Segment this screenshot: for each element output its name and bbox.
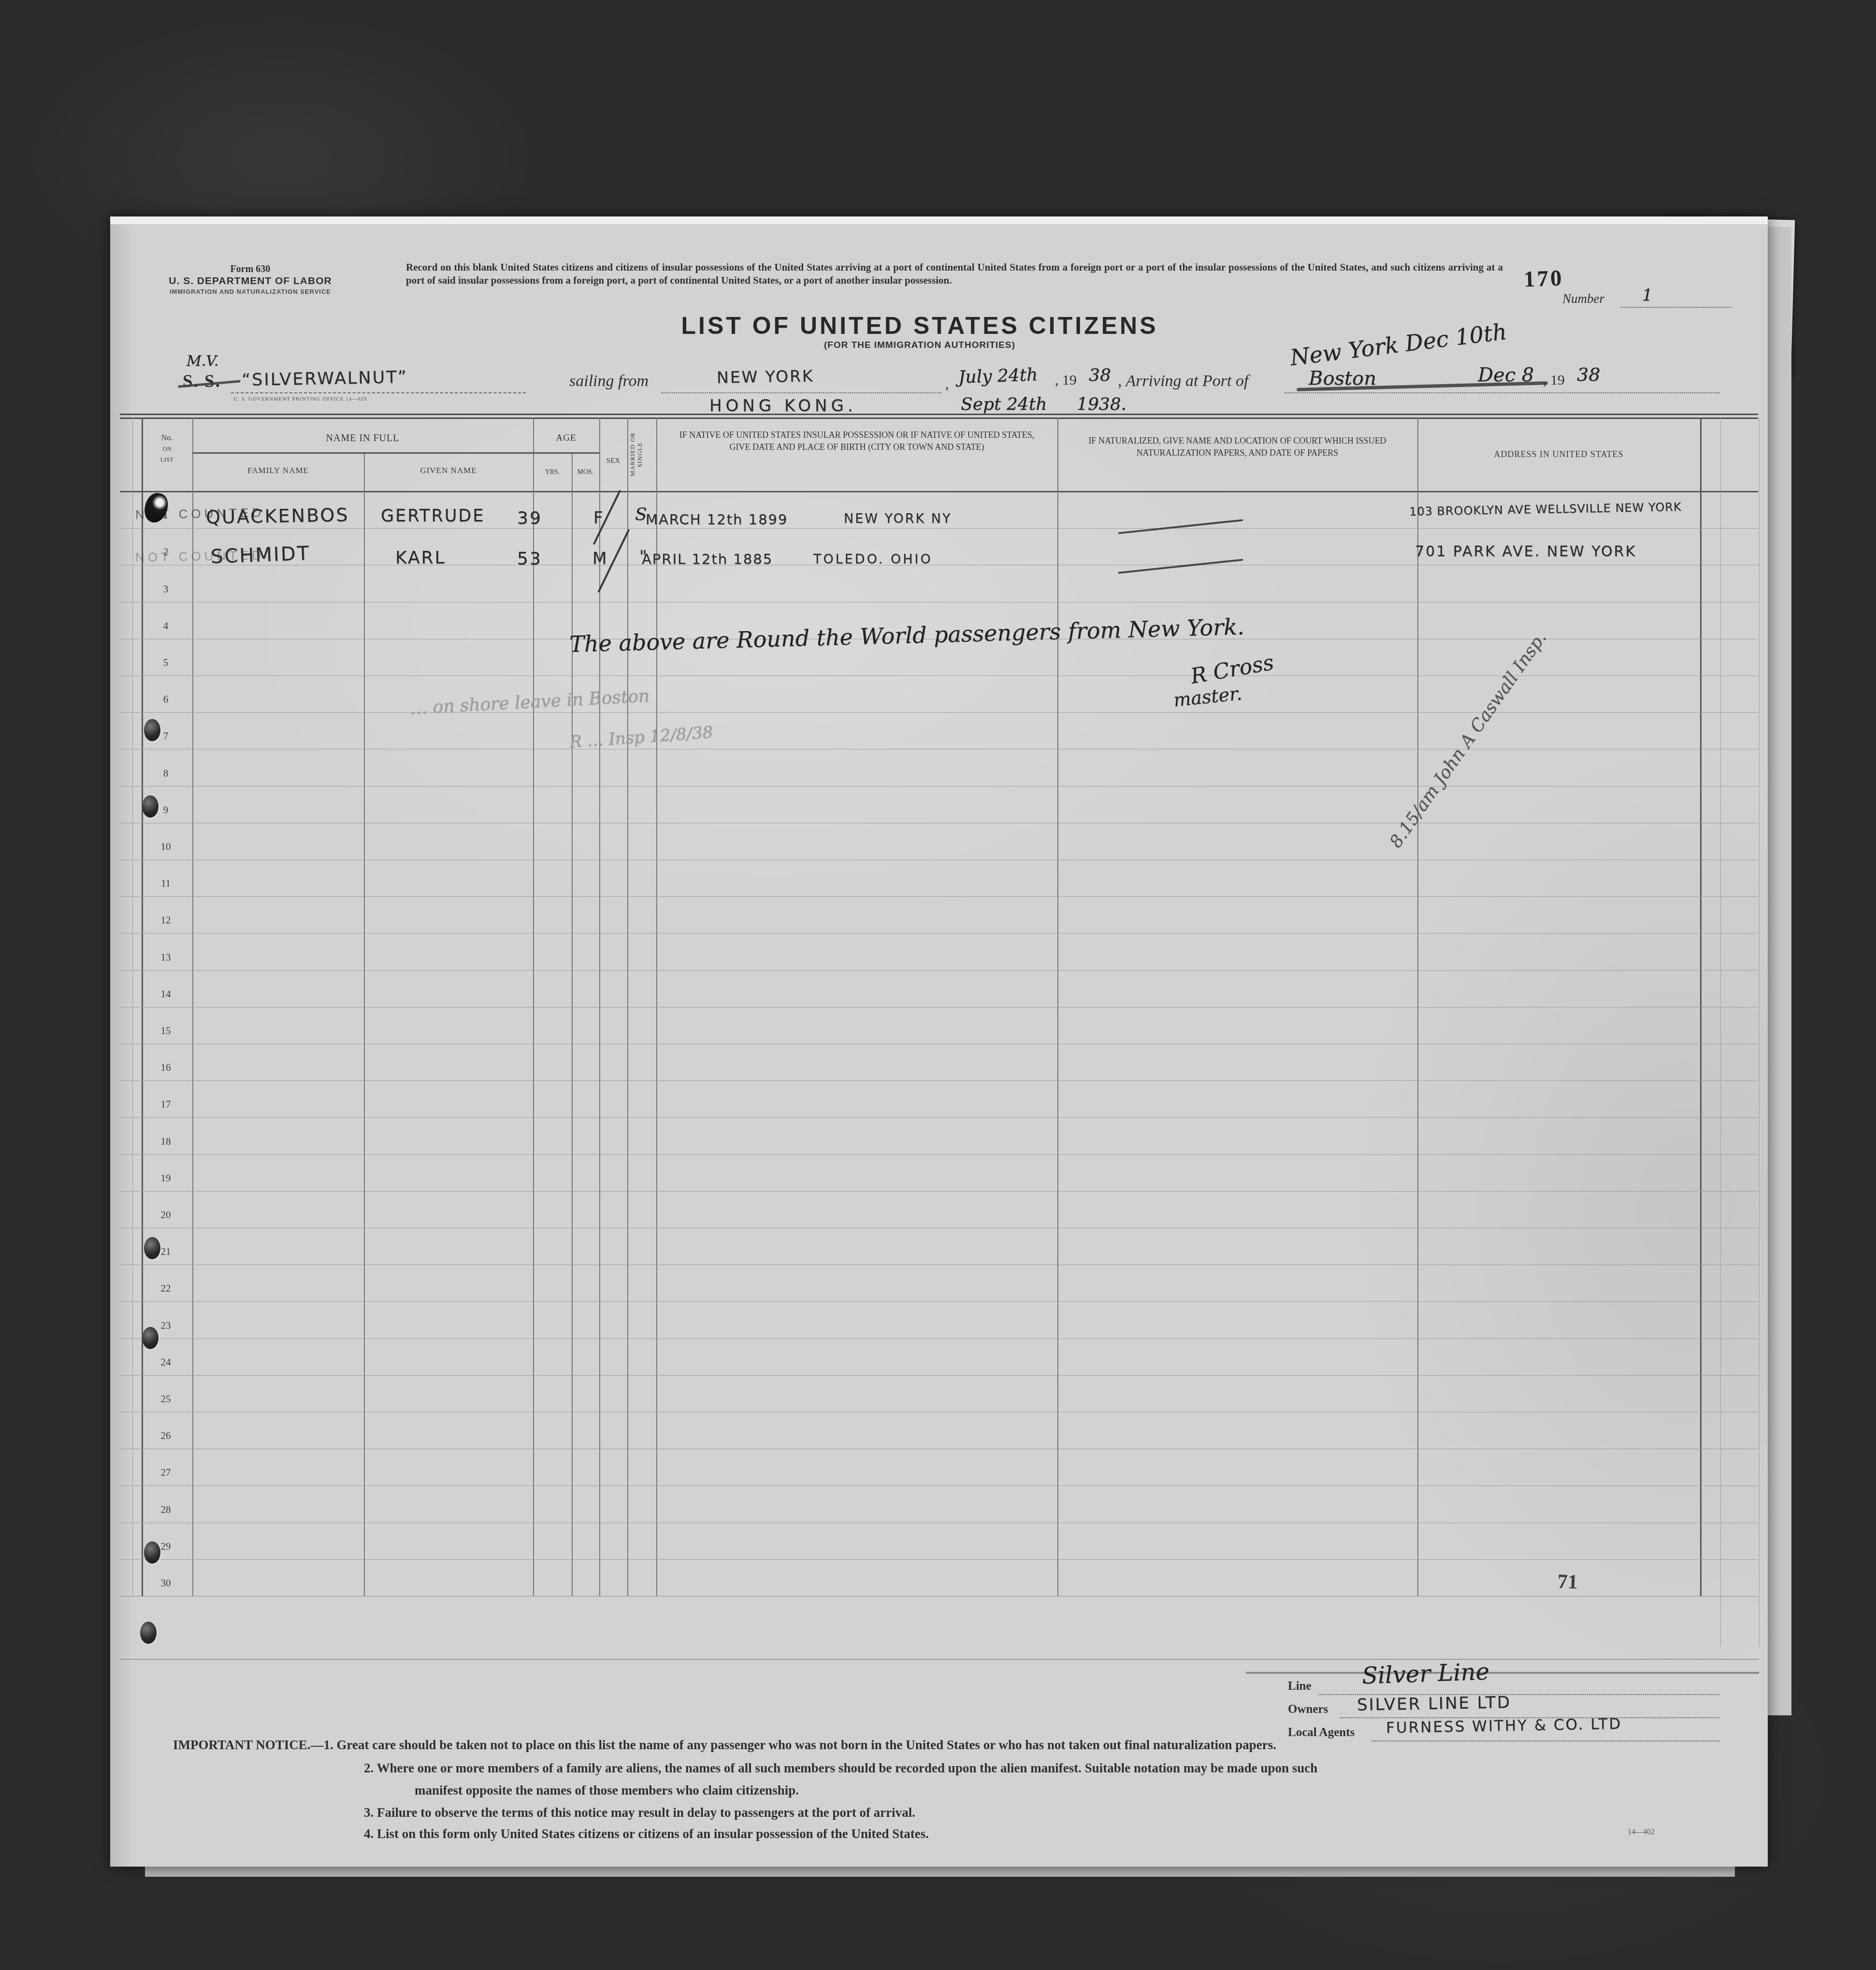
table-top-rule-outer [120,414,1758,415]
sailing-year-1: 38 [1089,365,1111,385]
table-top-rule-inner [120,417,1758,419]
ship-name: “SILVERWALNUT” [242,368,408,390]
header-age: AGE [533,433,599,444]
service-name: IMMIGRATION AND NATURALIZATION SERVICE [139,288,361,295]
punch-hole-4 [142,1327,159,1349]
number-value: 1 [1642,286,1653,305]
number-field: Number 1 [1562,291,1736,306]
table-rows: 1234567891011121314151617181920212223242… [120,492,1758,1596]
sheet-behind-bottom-edge [145,1865,1735,1877]
row-number: 26 [146,1430,185,1442]
department-name: U. S. DEPARTMENT OF LABOR [139,275,361,287]
paper-top-edge [110,216,1768,224]
sailing-port-1: NEW YORK [717,366,814,387]
margin-line-right-2 [1759,417,1760,1647]
sailing-date-2: Sept 24th [961,394,1047,414]
entry2-birth-place: TOLEDO. OHIO [813,552,933,567]
table-row: 11 [120,860,1758,897]
table-row: 21 [120,1228,1758,1265]
table-row: 20 [120,1192,1758,1228]
row-number: 4 [146,620,185,632]
header-no-1: No. [142,433,192,444]
sailing-year-2: 1938. [1077,394,1126,414]
header-family-name: FAMILY NAME [192,466,364,475]
bottom-rule-thin [120,1659,1759,1660]
scanned-manifest-page: Form 630 U. S. DEPARTMENT OF LABOR IMMIG… [0,0,1876,1970]
table-row: 25 [120,1376,1758,1412]
form-footer-code: 14—402 [1628,1828,1655,1837]
entry2-age: 53 [517,549,542,569]
header-married-single: MARRIED OR SINGLE [629,419,655,489]
form-number: Form 630 [149,264,352,275]
punch-hole-1 [144,719,160,741]
entry1-birth-date: MARCH 12th 1899 [646,511,788,528]
table-row: 15 [120,1007,1758,1044]
header-no-2: ON [142,444,192,454]
header-given-name: GIVEN NAME [364,466,533,475]
header-name-in-full: NAME IN FULL [192,433,533,444]
punch-hole-2 [142,795,159,818]
header-birth: IF NATIVE OF UNITED STATES INSULAR POSSE… [673,429,1040,453]
table-row: 29 [120,1523,1758,1560]
page-title: LIST OF UNITED STATES CITIZENS [618,312,1222,340]
entry2-birth-date: APRIL 12th 1885 [642,551,773,567]
owners-value: SILVER LINE LTD [1357,1693,1512,1715]
owners-label: Owners [1288,1703,1328,1716]
table-row: 19 [120,1155,1758,1192]
mv-handwritten: M.V. [187,353,218,370]
printed-19-1: , 19 [1055,372,1077,388]
row-number: 24 [146,1356,185,1368]
entry1-family: QUACKENBOS [206,504,349,528]
table-row: 3 [120,565,1758,602]
sheet-stamp-71: 71 [1557,1570,1578,1594]
entry1-birth-place: NEW YORK NY [844,511,952,526]
row-number: 28 [146,1504,185,1516]
table-row: 30 [120,1560,1758,1596]
table-row: 8 [120,749,1758,786]
header-mos: MOS. [572,469,599,476]
header-naturalized: IF NATURALIZED, GIVE NAME AND LOCATION O… [1072,435,1403,459]
printed-19-2: , 19 [1543,372,1565,388]
table-row: 18 [120,1118,1758,1154]
row-number: 8 [146,767,185,779]
row-number: 18 [146,1136,185,1148]
entry2-address: 701 PARK AVE. NEW YORK [1415,543,1636,560]
arriving-at-port-label: , Arriving at Port of [1118,372,1248,390]
row-number: 11 [146,877,185,890]
row-number: 20 [146,1209,185,1221]
form-instructions: Record on this blank United States citiz… [406,261,1503,287]
table-row: 23 [120,1302,1758,1338]
notice-line-3: 3. Failure to observe the terms of this … [364,1805,1756,1820]
table-row: 22 [120,1265,1758,1302]
ss-label: S. S. [183,371,221,392]
number-blank-line [1620,306,1732,308]
table-row: 16 [120,1044,1758,1081]
row-number: 13 [146,951,185,963]
entry1-age: 39 [517,508,542,528]
row-number: 27 [146,1467,185,1479]
manifest-paper: Form 630 U. S. DEPARTMENT OF LABOR IMMIG… [110,216,1768,1867]
table-row: 17 [120,1081,1758,1118]
table-row: 13 [120,934,1758,970]
table-row: 27 [120,1449,1758,1486]
entry2-family: SCHMIDT [210,542,310,568]
row-number: 15 [146,1025,185,1037]
row-number: 12 [146,914,185,926]
row-number: 19 [146,1172,185,1184]
row-number: 6 [146,693,185,705]
notice-line-4: 4. List on this form only United States … [364,1826,1756,1841]
page-subtitle: (FOR THE IMMIGRATION AUTHORITIES) [738,340,1101,351]
sailing-port-2: HONG KONG. [709,396,857,416]
table-row: 28 [120,1486,1758,1523]
entry2-given: KARL [395,548,446,568]
name-subrule [192,452,533,454]
sheet-behind-right-edge [1765,227,1791,1715]
table-row: 7 [120,713,1758,749]
punch-hole-5 [144,1541,160,1564]
punch-hole-3 [144,1237,160,1259]
table-row: 26 [120,1412,1758,1449]
entry1-given: GERTRUDE [381,506,485,526]
age-subrule [533,452,599,454]
table-row: 9 [120,787,1758,823]
header-no-3: LIST [142,454,192,465]
table-row: 14 [120,971,1758,1007]
table-row: 24 [120,1339,1758,1376]
arrival-correction: New York Dec 10th [1288,318,1508,371]
sailing-date-1: July 24th [958,365,1038,388]
row-number: 30 [146,1577,185,1589]
sailing-from-label: sailing from [569,372,649,390]
row-number: 5 [146,657,185,669]
line-label: Line [1288,1680,1312,1693]
table-row: 10 [120,823,1758,860]
row-number: 3 [146,583,185,595]
row-number: 22 [146,1282,185,1294]
entry1-sex: F [593,508,605,528]
punch-hole-6 [140,1622,157,1644]
row-number: 17 [146,1098,185,1110]
table-row: 12 [120,897,1758,934]
entry1-married: S [635,504,647,524]
line-value: Silver Line [1361,1658,1490,1689]
number-label: Number [1562,291,1604,306]
header-yrs: YRS. [533,469,572,476]
header-no-on-list: No. ON LIST [142,433,192,465]
notice-line-1: IMPORTANT NOTICE.—1. Great care should b… [173,1738,1729,1753]
row-number: 10 [146,841,185,853]
header-address: ADDRESS IN UNITED STATES [1422,449,1695,460]
row-number: 25 [146,1393,185,1405]
arrival-year-hand: 38 [1577,364,1600,385]
row-number: 16 [146,1062,185,1074]
bottom-rule-thick [1246,1672,1759,1674]
row-number: 14 [146,988,185,1000]
printed-comma-1: , [945,376,949,392]
notice-line-2a: 2. Where one or more members of a family… [364,1761,1756,1776]
page-stamp-170: 170 [1523,265,1564,293]
notice-line-2b: manifest opposite the names of those mem… [415,1783,1719,1798]
printing-office-note: U. S. GOVERNMENT PRINTING OFFICE 14—629 [233,396,367,402]
entry2-sex: M [592,549,608,568]
header-sex: SEX [599,457,627,465]
